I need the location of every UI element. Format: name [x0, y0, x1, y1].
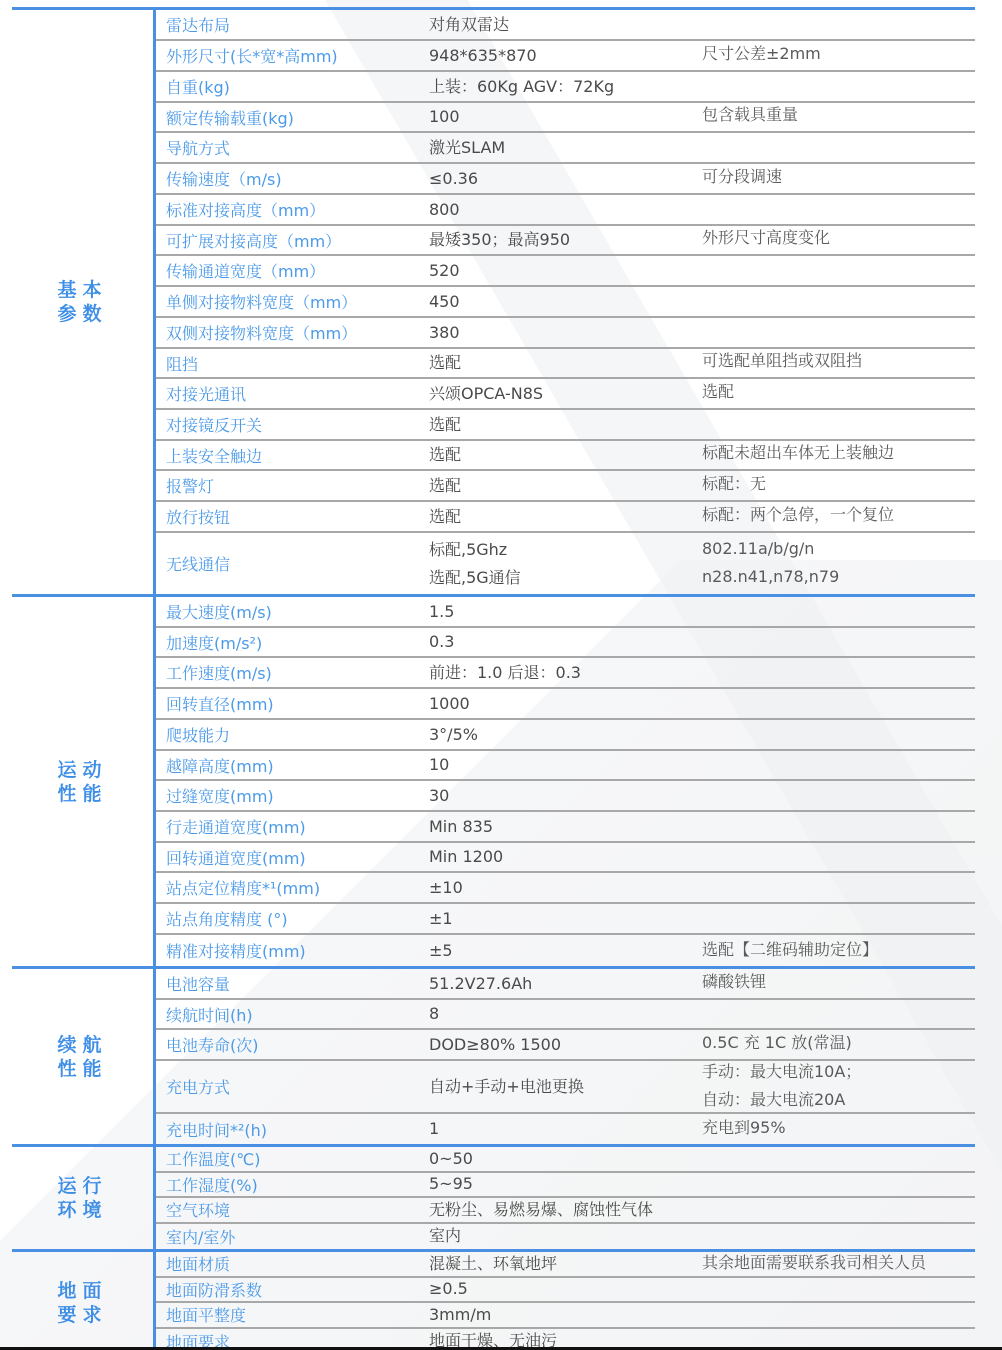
param-value: Min 835	[429, 812, 702, 841]
table-row: 工作湿度(%)5~95	[156, 1173, 975, 1199]
table-row: 地面防滑系数≥0.5	[156, 1278, 975, 1304]
param-name: 报警灯	[156, 471, 429, 500]
param-name: 电池寿命(次)	[156, 1030, 429, 1059]
param-name: 对接光通讯	[156, 379, 429, 408]
param-note: 标配：两个急停，一个复位	[702, 502, 975, 531]
param-note	[702, 1303, 975, 1327]
section: 续航性能电池容量51.2V27.6Ah磷酸铁锂续航时间(h)8电池寿命(次)DO…	[12, 966, 975, 1144]
param-note-line: 自动：最大电流20A	[702, 1086, 975, 1114]
param-note	[702, 133, 975, 162]
param-value: 0.3	[429, 628, 702, 656]
param-note	[702, 1278, 975, 1302]
param-note-line: n28.n41,n78,n79	[702, 563, 975, 591]
param-value: 1.5	[429, 597, 702, 626]
param-value: 对角双雷达	[429, 10, 702, 39]
param-value-line: ≥0.5	[429, 1278, 702, 1300]
param-note: 包含载具重量	[702, 103, 975, 131]
param-value-line: 选配	[429, 472, 702, 500]
param-note	[702, 287, 975, 316]
param-name: 站点定位精度*¹(mm)	[156, 873, 429, 902]
param-value-line: 选配	[429, 441, 702, 469]
param-note	[702, 318, 975, 347]
param-value: 10	[429, 751, 702, 779]
param-value-line: 前进：1.0 后退：0.3	[429, 659, 702, 687]
param-note: 可选配单阻挡或双阻挡	[702, 349, 975, 377]
param-note-line: 802.11a/b/g/n	[702, 535, 975, 563]
param-name: 空气环境	[156, 1198, 429, 1222]
param-note: 802.11a/b/g/nn28.n41,n78,n79	[702, 533, 975, 594]
section-rows: 地面材质混凝土、环氧地坪其余地面需要联系我司相关人员地面防滑系数≥0.5地面平整…	[156, 1252, 975, 1350]
param-name: 电池容量	[156, 969, 429, 998]
param-value-line: 激光SLAM	[429, 134, 702, 162]
param-value: 1	[429, 1114, 702, 1144]
table-row: 上装安全触边选配标配未超出车体无上装触边	[156, 441, 975, 471]
param-value: 450	[429, 287, 702, 316]
param-note: 手动：最大电流10A；自动：最大电流20A	[702, 1061, 975, 1112]
param-name: 对接镜反开关	[156, 410, 429, 439]
table-row: 越障高度(mm)10	[156, 751, 975, 781]
param-name: 续航时间(h)	[156, 1000, 429, 1028]
table-row: 对接镜反开关选配	[156, 410, 975, 441]
param-note-line: 标配未超出车体无上装触边	[702, 439, 975, 467]
param-value-line: 兴颂OPCA-N8S	[429, 380, 702, 408]
param-note	[702, 195, 975, 224]
param-name: 精准对接精度(mm)	[156, 935, 429, 966]
param-name: 回转直径(mm)	[156, 689, 429, 718]
section-label: 运行环境	[12, 1147, 156, 1249]
table-row: 单侧对接物料宽度（mm）450	[156, 287, 975, 318]
param-note: 充电到95%	[702, 1114, 975, 1144]
table-row: 最大速度(m/s)1.5	[156, 597, 975, 628]
param-note: 外形尺寸高度变化	[702, 226, 975, 254]
param-name: 外形尺寸(长*宽*高mm)	[156, 41, 429, 70]
param-note	[702, 10, 975, 39]
param-note	[702, 689, 975, 718]
param-value: 无粉尘、易燃易爆、腐蚀性气体	[429, 1198, 702, 1222]
param-note: 选配【二维码辅助定位】	[702, 935, 975, 966]
param-value-line: ±10	[429, 874, 702, 902]
section-rows: 最大速度(m/s)1.5加速度(m/s²)0.3工作速度(m/s)前进：1.0 …	[156, 597, 975, 966]
param-value: ≤0.36	[429, 164, 702, 193]
param-note: 其余地面需要联系我司相关人员	[702, 1252, 975, 1276]
table-row: 过缝宽度(mm)30	[156, 781, 975, 812]
param-value-line: 520	[429, 257, 702, 285]
param-value-line: 3°/5%	[429, 721, 702, 749]
param-value-line: 最矮350；最高950	[429, 226, 702, 254]
table-row: 地面材质混凝土、环氧地坪其余地面需要联系我司相关人员	[156, 1252, 975, 1278]
param-value-line: 0.3	[429, 628, 702, 656]
param-value: 室内	[429, 1224, 702, 1250]
param-name: 爬坡能力	[156, 720, 429, 749]
param-value: 自动+手动+电池更换	[429, 1061, 702, 1112]
table-row: 额定传输载重(kg)100包含载具重量	[156, 103, 975, 133]
param-note	[702, 843, 975, 871]
param-name: 地面平整度	[156, 1303, 429, 1327]
param-value: 8	[429, 1000, 702, 1028]
param-note-line: 标配：无	[702, 470, 975, 498]
param-name: 加速度(m/s²)	[156, 628, 429, 656]
param-value: 51.2V27.6Ah	[429, 969, 702, 998]
table-row: 站点定位精度*¹(mm)±10	[156, 873, 975, 904]
param-name: 额定传输载重(kg)	[156, 103, 429, 131]
param-value: 选配	[429, 502, 702, 531]
param-value: 3mm/m	[429, 1303, 702, 1327]
section-label-text: 基本参数	[58, 278, 108, 326]
param-value: 100	[429, 103, 702, 131]
param-value: 选配	[429, 410, 702, 439]
param-value-line: 948*635*870	[429, 42, 702, 70]
section: 地面要求地面材质混凝土、环氧地坪其余地面需要联系我司相关人员地面防滑系数≥0.5…	[12, 1249, 975, 1350]
table-row: 电池寿命(次)DOD≥80% 15000.5C 充 1C 放(常温)	[156, 1030, 975, 1061]
param-value: 800	[429, 195, 702, 224]
param-value: 1000	[429, 689, 702, 718]
param-value-line: 选配	[429, 349, 702, 377]
table-row: 可扩展对接高度（mm）最矮350；最高950外形尺寸高度变化	[156, 226, 975, 256]
param-value: 3°/5%	[429, 720, 702, 749]
param-name: 站点角度精度 (°)	[156, 904, 429, 933]
param-value-line: 室内	[429, 1225, 702, 1247]
param-value: 5~95	[429, 1173, 702, 1197]
param-note	[702, 658, 975, 687]
param-note-line: 可分段调速	[702, 163, 975, 191]
table-row: 精准对接精度(mm)±5选配【二维码辅助定位】	[156, 935, 975, 966]
table-row: 工作温度(℃)0~50	[156, 1147, 975, 1173]
param-note	[702, 812, 975, 841]
table-row: 导航方式激光SLAM	[156, 133, 975, 164]
param-note	[702, 72, 975, 101]
param-note-line: 其余地面需要联系我司相关人员	[702, 1252, 975, 1274]
section-rows: 工作温度(℃)0~50工作湿度(%)5~95空气环境无粉尘、易燃易爆、腐蚀性气体…	[156, 1147, 975, 1249]
param-note: 可分段调速	[702, 164, 975, 193]
param-value: 选配	[429, 441, 702, 469]
section-rows: 雷达布局对角双雷达外形尺寸(长*宽*高mm)948*635*870尺寸公差±2m…	[156, 10, 975, 594]
table-row: 自重(kg)上装：60Kg AGV：72Kg	[156, 72, 975, 103]
section-label: 基本参数	[12, 10, 156, 594]
table-row: 加速度(m/s²)0.3	[156, 628, 975, 658]
param-value: ≥0.5	[429, 1278, 702, 1302]
param-value: 选配	[429, 471, 702, 500]
param-value-line: 自动+手动+电池更换	[429, 1073, 702, 1101]
table-row: 行走通道宽度(mm)Min 835	[156, 812, 975, 843]
param-note-line: 0.5C 充 1C 放(常温)	[702, 1029, 975, 1057]
param-value-line: 标配,5Ghz	[429, 536, 702, 564]
param-value-line: 1	[429, 1115, 702, 1143]
table-row: 对接光通讯兴颂OPCA-N8S选配	[156, 379, 975, 410]
table-row: 充电方式自动+手动+电池更换手动：最大电流10A；自动：最大电流20A	[156, 1061, 975, 1114]
param-value-line: 0~50	[429, 1148, 702, 1170]
table-row: 双侧对接物料宽度（mm）380	[156, 318, 975, 349]
section: 运动性能最大速度(m/s)1.5加速度(m/s²)0.3工作速度(m/s)前进：…	[12, 594, 975, 966]
param-value-line: 5~95	[429, 1173, 702, 1195]
param-note	[702, 904, 975, 933]
param-value-line: DOD≥80% 1500	[429, 1031, 702, 1059]
param-note	[702, 256, 975, 285]
param-name: 雷达布局	[156, 10, 429, 39]
param-note	[702, 1224, 975, 1250]
param-note-line: 标配：两个急停，一个复位	[702, 501, 975, 529]
param-note	[702, 720, 975, 749]
section-label-text: 地面要求	[58, 1279, 108, 1327]
param-note	[702, 628, 975, 656]
table-row: 报警灯选配标配：无	[156, 471, 975, 502]
table-row: 站点角度精度 (°)±1	[156, 904, 975, 935]
param-value-line: 100	[429, 103, 702, 131]
param-value-line: Min 835	[429, 813, 702, 841]
param-name: 自重(kg)	[156, 72, 429, 101]
param-note	[702, 410, 975, 439]
param-value: 兴颂OPCA-N8S	[429, 379, 702, 408]
param-note: 0.5C 充 1C 放(常温)	[702, 1030, 975, 1059]
param-value-line: 3mm/m	[429, 1304, 702, 1326]
param-value: 0~50	[429, 1147, 702, 1171]
param-value: ±10	[429, 873, 702, 902]
param-value: 最矮350；最高950	[429, 226, 702, 254]
table-row: 地面平整度3mm/m	[156, 1303, 975, 1329]
param-name: 可扩展对接高度（mm）	[156, 226, 429, 254]
param-note: 标配未超出车体无上装触边	[702, 441, 975, 469]
param-note-line: 手动：最大电流10A；	[702, 1058, 975, 1086]
table-row: 无线通信标配,5Ghz选配,5G通信802.11a/b/g/nn28.n41,n…	[156, 533, 975, 594]
param-name: 工作温度(℃)	[156, 1147, 429, 1171]
table-row: 工作速度(m/s)前进：1.0 后退：0.3	[156, 658, 975, 689]
param-name: 最大速度(m/s)	[156, 597, 429, 626]
param-value-line: 混凝土、环氧地坪	[429, 1253, 702, 1275]
param-value-line: 380	[429, 319, 702, 347]
param-value-line: 800	[429, 196, 702, 224]
param-note: 尺寸公差±2mm	[702, 41, 975, 70]
param-name: 充电时间*²(h)	[156, 1114, 429, 1144]
param-note: 磷酸铁锂	[702, 969, 975, 998]
param-value: ±5	[429, 935, 702, 966]
param-value: 前进：1.0 后退：0.3	[429, 658, 702, 687]
param-value: 948*635*870	[429, 41, 702, 70]
param-note	[702, 1173, 975, 1197]
section-label-text: 运动性能	[58, 758, 108, 806]
param-note-line: 选配【二维码辅助定位】	[702, 936, 975, 964]
section-label: 续航性能	[12, 969, 156, 1144]
param-value: 520	[429, 256, 702, 285]
param-value: Min 1200	[429, 843, 702, 871]
param-value-line: 选配	[429, 411, 702, 439]
table-row: 续航时间(h)8	[156, 1000, 975, 1030]
param-name: 双侧对接物料宽度（mm）	[156, 318, 429, 347]
param-note-line: 可选配单阻挡或双阻挡	[702, 347, 975, 375]
param-value-line: 对角双雷达	[429, 11, 702, 39]
param-note	[702, 1147, 975, 1171]
param-value: 标配,5Ghz选配,5G通信	[429, 533, 702, 594]
param-value-line: 无粉尘、易燃易爆、腐蚀性气体	[429, 1199, 702, 1221]
spec-table: 基本参数雷达布局对角双雷达外形尺寸(长*宽*高mm)948*635*870尺寸公…	[12, 7, 975, 1350]
table-row: 回转直径(mm)1000	[156, 689, 975, 720]
param-name: 传输通道宽度（mm）	[156, 256, 429, 285]
param-name: 工作湿度(%)	[156, 1173, 429, 1197]
section-label-text: 续航性能	[58, 1033, 108, 1081]
param-value-line: Min 1200	[429, 843, 702, 871]
param-value-line: 450	[429, 288, 702, 316]
param-value: DOD≥80% 1500	[429, 1030, 702, 1059]
param-note	[702, 1198, 975, 1222]
table-row: 爬坡能力3°/5%	[156, 720, 975, 751]
param-name: 充电方式	[156, 1061, 429, 1112]
section-label-text: 运行环境	[58, 1174, 108, 1222]
param-note	[702, 781, 975, 810]
param-name: 阻挡	[156, 349, 429, 377]
param-value-line: ≤0.36	[429, 165, 702, 193]
param-name: 室内/室外	[156, 1224, 429, 1250]
param-value-line: 1.5	[429, 598, 702, 626]
table-row: 充电时间*²(h)1充电到95%	[156, 1114, 975, 1144]
param-name: 放行按钮	[156, 502, 429, 531]
param-name: 标准对接高度（mm）	[156, 195, 429, 224]
table-row: 雷达布局对角双雷达	[156, 10, 975, 41]
param-name: 越障高度(mm)	[156, 751, 429, 779]
table-row: 阻挡选配可选配单阻挡或双阻挡	[156, 349, 975, 379]
param-name: 地面材质	[156, 1252, 429, 1276]
param-value: 上装：60Kg AGV：72Kg	[429, 72, 702, 101]
table-row: 外形尺寸(长*宽*高mm)948*635*870尺寸公差±2mm	[156, 41, 975, 72]
param-note-line: 外形尺寸高度变化	[702, 224, 975, 252]
param-value-line: 10	[429, 751, 702, 779]
param-value: 混凝土、环氧地坪	[429, 1252, 702, 1276]
param-value: 选配	[429, 349, 702, 377]
param-note-line: 充电到95%	[702, 1114, 975, 1142]
param-value: ±1	[429, 904, 702, 933]
param-note-line: 磷酸铁锂	[702, 968, 975, 996]
param-name: 回转通道宽度(mm)	[156, 843, 429, 871]
table-row: 传输通道宽度（mm）520	[156, 256, 975, 287]
param-value-line: 30	[429, 782, 702, 810]
param-name: 传输速度（m/s)	[156, 164, 429, 193]
section: 运行环境工作温度(℃)0~50工作湿度(%)5~95空气环境无粉尘、易燃易爆、腐…	[12, 1144, 975, 1249]
param-value-line: 1000	[429, 690, 702, 718]
param-name: 导航方式	[156, 133, 429, 162]
param-note	[702, 1000, 975, 1028]
param-name: 工作速度(m/s)	[156, 658, 429, 687]
param-value: 激光SLAM	[429, 133, 702, 162]
table-row: 标准对接高度（mm）800	[156, 195, 975, 226]
table-row: 室内/室外室内	[156, 1224, 975, 1250]
param-value-line: 51.2V27.6Ah	[429, 970, 702, 998]
param-note	[702, 873, 975, 902]
param-value: 380	[429, 318, 702, 347]
param-note-line: 尺寸公差±2mm	[702, 40, 975, 68]
param-value-line: 选配,5G通信	[429, 564, 702, 592]
param-name: 过缝宽度(mm)	[156, 781, 429, 810]
param-note	[702, 597, 975, 626]
param-value-line: ±1	[429, 905, 702, 933]
param-name: 行走通道宽度(mm)	[156, 812, 429, 841]
param-value-line: 8	[429, 1000, 702, 1028]
table-row: 电池容量51.2V27.6Ah磷酸铁锂	[156, 969, 975, 1000]
param-name: 无线通信	[156, 533, 429, 594]
param-note	[702, 751, 975, 779]
param-value-line: 选配	[429, 503, 702, 531]
section-label: 运动性能	[12, 597, 156, 966]
param-note-line: 选配	[702, 378, 975, 406]
param-value-line: ±5	[429, 937, 702, 965]
param-name: 地面防滑系数	[156, 1278, 429, 1302]
param-note-line: 包含载具重量	[702, 101, 975, 129]
param-note: 选配	[702, 379, 975, 408]
param-name: 单侧对接物料宽度（mm）	[156, 287, 429, 316]
param-value-line: 上装：60Kg AGV：72Kg	[429, 73, 702, 101]
table-row: 回转通道宽度(mm)Min 1200	[156, 843, 975, 873]
section: 基本参数雷达布局对角双雷达外形尺寸(长*宽*高mm)948*635*870尺寸公…	[12, 7, 975, 594]
param-name: 上装安全触边	[156, 441, 429, 469]
section-label: 地面要求	[12, 1252, 156, 1350]
table-row: 传输速度（m/s)≤0.36可分段调速	[156, 164, 975, 195]
table-row: 放行按钮选配标配：两个急停，一个复位	[156, 502, 975, 533]
param-note: 标配：无	[702, 471, 975, 500]
section-rows: 电池容量51.2V27.6Ah磷酸铁锂续航时间(h)8电池寿命(次)DOD≥80…	[156, 969, 975, 1144]
table-row: 空气环境无粉尘、易燃易爆、腐蚀性气体	[156, 1198, 975, 1224]
param-value: 30	[429, 781, 702, 810]
